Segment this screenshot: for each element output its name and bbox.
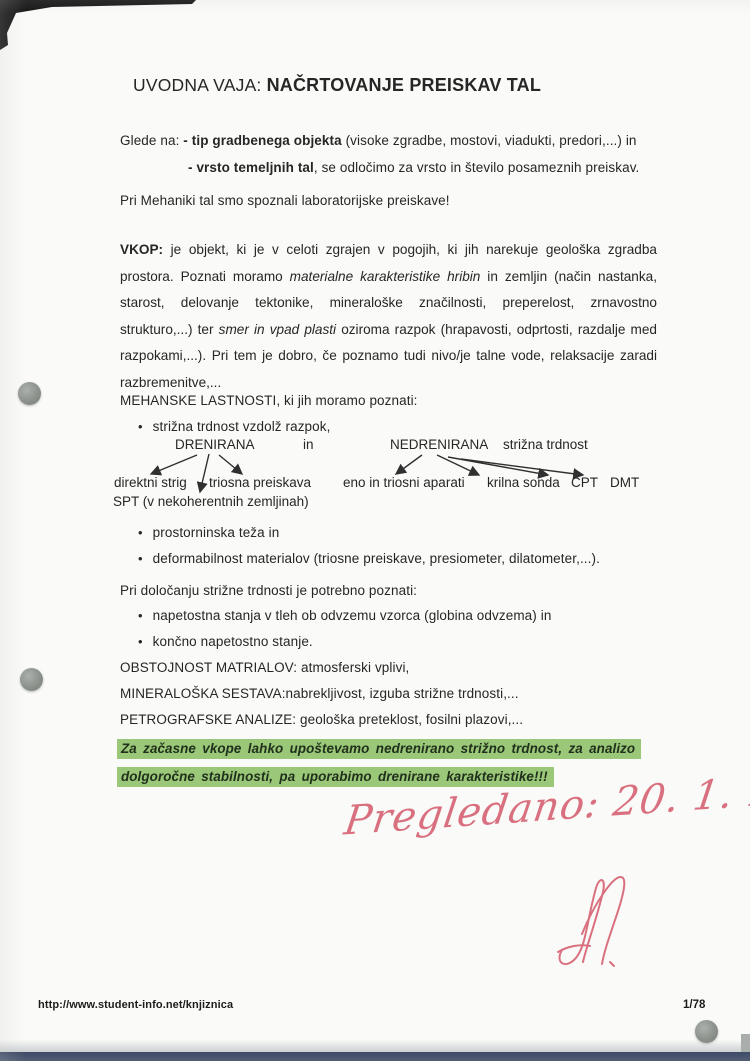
criteria-label: Glede na:	[120, 133, 183, 148]
criteria-line-1: Glede na: - tip gradbenega objekta (viso…	[120, 128, 637, 154]
hole-punch-top	[18, 382, 41, 405]
diagram-label-eno-in-triosni: eno in triosni aparati	[343, 475, 465, 490]
vkop-label: VKOP:	[120, 242, 163, 257]
footer-url: http://www.student-info.net/knjiznica	[38, 999, 233, 1011]
bullet-icon: •	[138, 603, 143, 629]
hole-punch-bottom	[20, 668, 43, 691]
criteria-item2-bold: - vrsto temeljnih tal	[188, 160, 314, 175]
mehanske-heading: MEHANSKE LASTNOSTI, ki jih moramo poznat…	[120, 388, 418, 414]
dolocanje-heading: Pri določanju strižne trdnosti je potreb…	[120, 578, 417, 604]
footer-page-number: 1/78	[683, 999, 705, 1011]
bullet-icon: •	[138, 629, 143, 655]
diagram-label-triosna-preiskava: triosna preiskava	[209, 475, 311, 490]
petrografske-line: PETROGRAFSKE ANALIZE: geološka preteklos…	[120, 707, 523, 733]
diagram-label-dmt: DMT	[610, 475, 639, 490]
criteria-item1-bold: - tip gradbenega objekta	[183, 133, 345, 148]
obstojnost-line: OBSTOJNOST MATRIALOV: atmosferski vplivi…	[120, 655, 409, 681]
page-title: UVODNA VAJA: NAČRTOVANJE PREISKAV TAL	[133, 75, 541, 96]
highlight-line-2: dolgoročne stabilnosti, pa uporabimo dre…	[117, 767, 554, 787]
diagram-label-krilna-sonda: krilna sonda	[487, 475, 560, 490]
bullet-deformabilnost: • deformabilnost materialov (triosne pre…	[138, 546, 600, 572]
mehanika-note: Pri Mehaniki tal smo spoznali laboratori…	[120, 188, 450, 214]
arrow-nedrenirana-krilna	[437, 455, 479, 475]
scan-bottom-shadow	[0, 1040, 750, 1052]
bullet-icon: •	[138, 546, 143, 572]
arrow-nedrenirana-eno	[396, 455, 422, 474]
signature-graphic	[552, 872, 672, 972]
arrow-drenirana-spt	[200, 454, 209, 492]
bullet-napetostna: • napetostna stanja v tleh ob odvzemu vz…	[138, 603, 551, 629]
mineraloska-line: MINERALOŠKA SESTAVA:nabrekljivost, izgub…	[120, 681, 519, 707]
title-emphasis: NAČRTOVANJE PREISKAV TAL	[267, 75, 542, 95]
diagram-label-spt: SPT (v nekoherentnih zemljinah)	[113, 494, 309, 509]
arrow-drenirana-direktni	[151, 455, 197, 474]
diagram-label-cpt: CPT	[571, 475, 598, 490]
bullet-icon: •	[138, 520, 143, 546]
scanned-document-page: UVODNA VAJA: NAČRTOVANJE PREISKAV TAL Gl…	[0, 0, 750, 1061]
title-prefix: UVODNA VAJA:	[133, 75, 267, 95]
scan-bottom-edge	[0, 1052, 750, 1061]
highlight-line-1: Za začasne vkope lahko upoštevamo nedren…	[117, 739, 641, 759]
bullet-koncno: • končno napetostno stanje.	[138, 629, 313, 655]
criteria-line-2: - vrsto temeljnih tal, se odločimo za vr…	[188, 155, 639, 181]
criteria-item1-rest: (visoke zgradbe, mostovi, viadukti, pred…	[346, 133, 637, 148]
diagram-label-direktni-strig: direktni strig	[114, 475, 187, 490]
arrow-nedrenirana-dmt	[461, 459, 583, 475]
criteria-item2-rest: , se odločimo za vrsto in število posame…	[314, 160, 640, 175]
arrow-drenirana-triosna	[219, 455, 242, 474]
vkop-paragraph: VKOP: je objekt, ki je v celoti zgrajen …	[120, 237, 657, 397]
scan-corner-artifact	[0, 0, 220, 60]
bullet-prostorninska: • prostorninska teža in	[138, 520, 279, 546]
